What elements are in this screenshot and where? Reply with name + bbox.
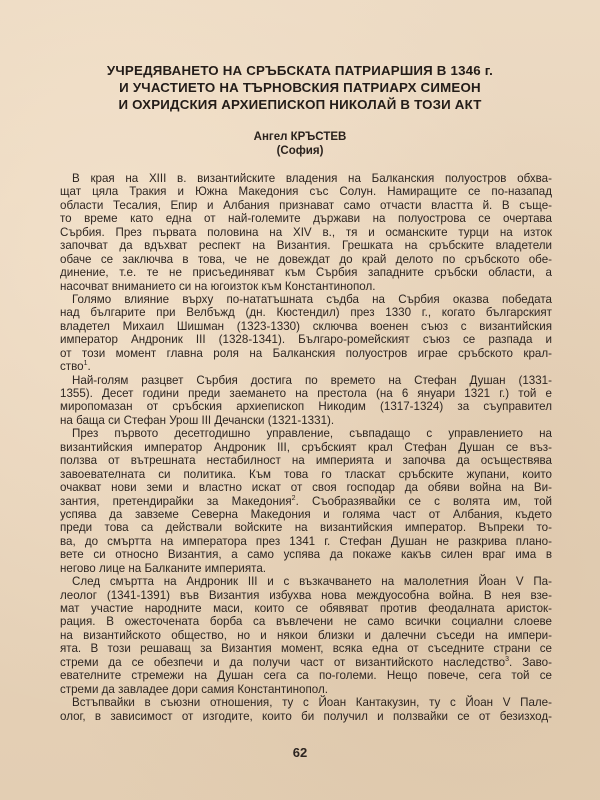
text-line-content: преди това са действали войските на виза… (60, 521, 552, 534)
text-line-content: щат цяла Тракия и Южна Македония със Сол… (60, 185, 552, 198)
text-line: негово лице на Балканите империята. (60, 562, 552, 575)
text-line: ята. В този решаващ за Византия момент, … (60, 642, 552, 655)
text-line-content: ползва от вътрешната нестабилност на имп… (60, 454, 552, 467)
text-line-content: стреми да завладее дори самия Константин… (60, 683, 328, 696)
text-line: мат участие народните маси, които се обя… (60, 602, 552, 615)
text-line-content: Сърбия. През първата половина на XIV в.,… (60, 226, 552, 239)
text-line: рация. В ожесточената борба са въвлечени… (60, 615, 552, 628)
text-line: зантия, претендирайки за Македония2. Съо… (60, 495, 552, 508)
author-name: Ангел КРЪСТЕВ (60, 130, 540, 144)
author-affiliation: (София) (60, 144, 540, 158)
article-title-line-1: УЧРЕДЯВАНЕТО НА СРЪБСКАТА ПАТРИАРШИЯ В 1… (60, 62, 540, 79)
text-line-content: динение, т.е. те не присъединяват към Съ… (60, 266, 552, 279)
text-line: В края на XIII в. византийските владения… (60, 172, 552, 185)
text-line-content: стреми да се обезпечи и да получи част о… (60, 656, 505, 669)
text-line-content: зантия, претендирайки за Македония (60, 495, 292, 508)
text-line: император Андроник III (1328-1341). Бълг… (60, 333, 552, 346)
text-line: започват да вдъхват респект на Византия.… (60, 239, 552, 252)
text-line: обаче се заключва в това, че не довеждат… (60, 253, 552, 266)
text-line-content: След смъртта на Андроник III и с възкачв… (72, 575, 552, 588)
text-line-content: леолог (1341-1391) във Византия избухва … (60, 589, 552, 602)
text-line: евателните стремежи на Душан сега са по-… (60, 669, 552, 682)
text-line: то време като една от най-големите държа… (60, 212, 552, 225)
text-line-content: Най-голям разцвет Сърбия достига по врем… (72, 374, 552, 387)
article-header: УЧРЕДЯВАНЕТО НА СРЪБСКАТА ПАТРИАРШИЯ В 1… (60, 62, 540, 158)
text-line: на баща си Стефан Урош III Дечански (132… (60, 414, 552, 427)
text-line-content: от този момент главна роля на Балканския… (60, 347, 552, 360)
text-line: византийския император Андроник III, сръ… (60, 441, 552, 454)
article-title-line-3: И ОХРИДСКИЯ АРХИЕПИСКОП НИКОЛАЙ В ТОЗИ А… (60, 96, 540, 113)
text-line: завоевателната си политика. Към това го … (60, 468, 552, 481)
text-line-content: на византийското общество, но и някои бл… (60, 629, 552, 642)
text-line-content: насочват вниманието си на югоизток към К… (60, 280, 375, 293)
text-line: щат цяла Тракия и Южна Македония със Сол… (60, 185, 552, 198)
text-line-content: 1355). Десет години преди заемането на п… (60, 387, 552, 400)
text-line: на византийското общество, но и някои бл… (60, 629, 552, 642)
text-line: области Тесалия, Епир и Албания признава… (60, 199, 552, 212)
text-line: Най-голям разцвет Сърбия достига по врем… (60, 374, 552, 387)
text-line-content: негово лице на Балканите империята. (60, 562, 266, 575)
text-line-content: владетел Михаил Шишман (1323-1330) сключ… (60, 320, 552, 333)
text-line-content: евателните стремежи на Душан сега са по-… (60, 669, 552, 682)
text-line-content: В края на XIII в. византийските владения… (72, 172, 552, 185)
article-body: В края на XIII в. византийските владения… (60, 172, 552, 723)
text-line-tail: . (88, 360, 91, 373)
text-line: През първото десетгодишно управление, съ… (60, 427, 552, 440)
text-line-content: вете си относно Византия, а само успява … (60, 548, 552, 561)
text-line-content: ство (60, 360, 84, 373)
text-line: миропомазан от сръбския архиепископ Нико… (60, 400, 552, 413)
text-line-content: император Андроник III (1328-1341). Бълг… (60, 333, 552, 346)
text-line-content: ята. В този решаващ за Византия момент, … (60, 642, 552, 655)
text-line: леолог (1341-1391) във Византия избухва … (60, 589, 552, 602)
text-line: Голямо влияние върху по-нататъшната съдб… (60, 293, 552, 306)
text-line-content: обаче се заключва в това, че не довеждат… (60, 253, 552, 266)
text-line: ва, до смъртта на императора през 1341 г… (60, 535, 552, 548)
article-title-line-2: И УЧАСТИЕТО НА ТЪРНОВСКИЯ ПАТРИАРХ СИМЕО… (60, 79, 540, 96)
text-line-content: миропомазан от сръбския архиепископ Нико… (60, 400, 552, 413)
text-line: олог, в зависимост от изгодите, които би… (60, 710, 552, 723)
text-line: от този момент главна роля на Балканския… (60, 347, 552, 360)
text-line: Встъпвайки в съюзни отношения, ту с Йоан… (60, 696, 552, 709)
text-line-content: завоевателната си политика. Към това го … (60, 468, 552, 481)
text-line: владетел Михаил Шишман (1323-1330) сключ… (60, 320, 552, 333)
page-number: 62 (0, 745, 600, 760)
text-line: 1355). Десет години преди заемането на п… (60, 387, 552, 400)
text-line-content: на баща си Стефан Урош III Дечански (132… (60, 414, 334, 427)
text-line-content: рация. В ожесточената борба са въвлечени… (60, 615, 552, 628)
text-line-content: започват да вдъхват респект на Византия.… (60, 239, 552, 252)
text-line: над българите при Велбъжд (дн. Кюстендил… (60, 306, 552, 319)
text-line: динение, т.е. те не присъединяват към Съ… (60, 266, 552, 279)
text-line-content: успява да завземе Северна Македония и го… (60, 508, 552, 521)
text-line-content: области Тесалия, Епир и Албания признава… (60, 199, 552, 212)
text-line: преди това са действали войските на виза… (60, 521, 552, 534)
text-line-content: византийския император Андроник III, сръ… (60, 441, 552, 454)
text-line: стреми да завладее дори самия Константин… (60, 683, 552, 696)
text-line-content: очакват нови земи и властно искат от сво… (60, 481, 552, 494)
text-line-content: олог, в зависимост от изгодите, които би… (60, 710, 552, 723)
text-line-content: мат участие народните маси, които се обя… (60, 602, 552, 615)
text-line: ство1. (60, 360, 552, 373)
text-line-tail: . Заво- (509, 656, 552, 669)
text-line-content: над българите при Велбъжд (дн. Кюстендил… (60, 306, 552, 319)
text-line-content: През първото десетгодишно управление, съ… (72, 427, 552, 440)
text-line-content: Голямо влияние върху по-нататъшната съдб… (72, 293, 552, 306)
text-line: След смъртта на Андроник III и с възкачв… (60, 575, 552, 588)
text-line: вете си относно Византия, а само успява … (60, 548, 552, 561)
text-line-content: Встъпвайки в съюзни отношения, ту с Йоан… (72, 696, 552, 709)
text-line: Сърбия. През първата половина на XIV в.,… (60, 226, 552, 239)
text-line-tail: . Съобразявайки се с волята им, той (296, 495, 552, 508)
text-line: ползва от вътрешната нестабилност на имп… (60, 454, 552, 467)
text-line: успява да завземе Северна Македония и го… (60, 508, 552, 521)
text-line: очакват нови земи и властно искат от сво… (60, 481, 552, 494)
text-line-content: ва, до смъртта на императора през 1341 г… (60, 535, 552, 548)
book-page: УЧРЕДЯВАНЕТО НА СРЪБСКАТА ПАТРИАРШИЯ В 1… (0, 0, 600, 800)
text-line: насочват вниманието си на югоизток към К… (60, 280, 552, 293)
text-line: стреми да се обезпечи и да получи част о… (60, 656, 552, 669)
text-line-content: то време като една от най-големите държа… (60, 212, 552, 225)
